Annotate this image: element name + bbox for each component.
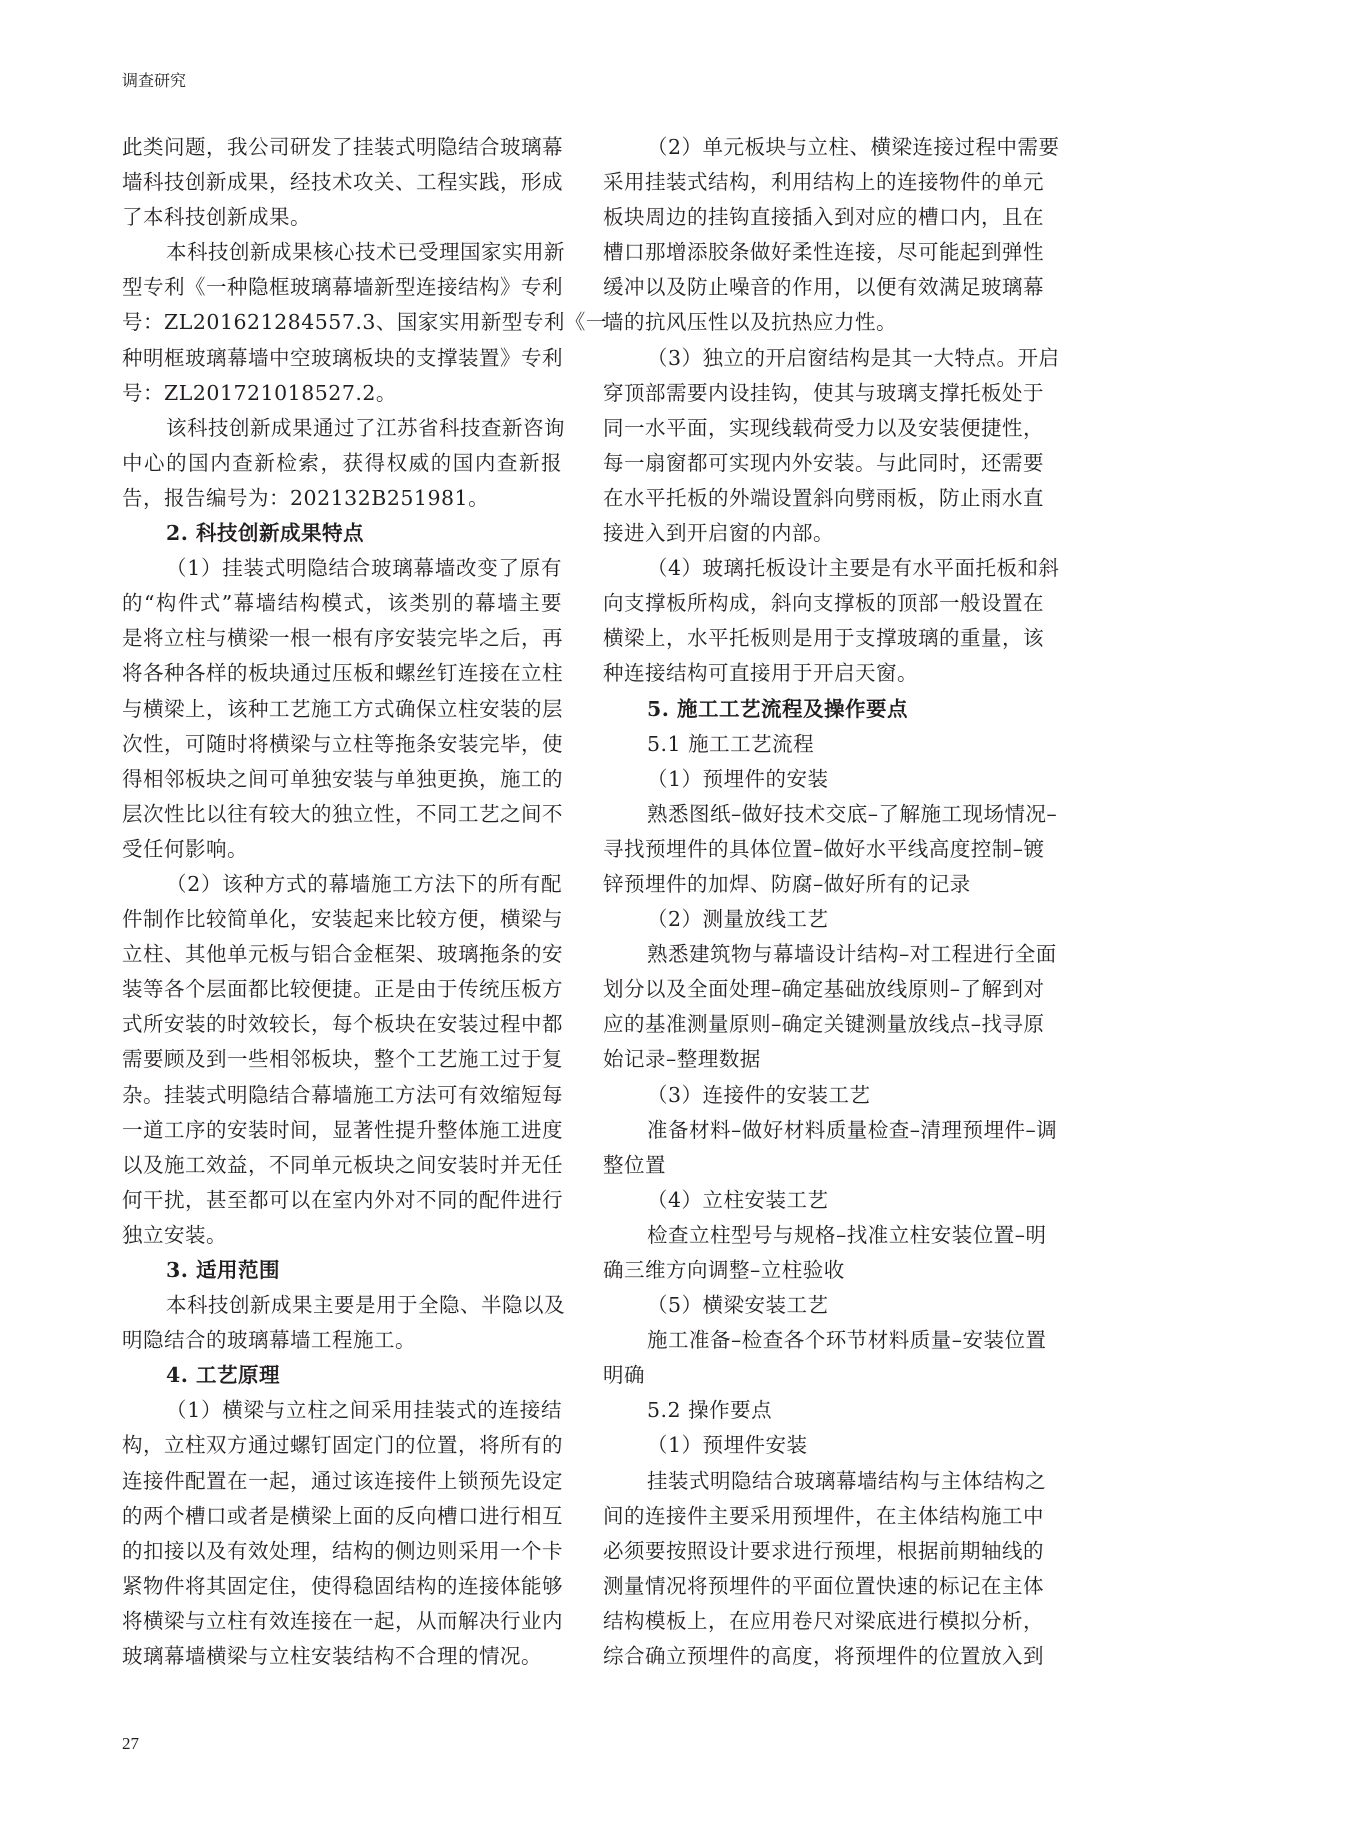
paragraph: 熟悉建筑物与幕墙设计结构–对工程进行全面划分以及全面处理–确定基础放线原则–了解… — [603, 937, 1043, 1077]
text-line: （3）独立的开启窗结构是其一大特点。开启 — [603, 341, 1043, 376]
text-line: （3）连接件的安装工艺 — [603, 1078, 1043, 1113]
text-line: 3. 适用范围 — [122, 1253, 562, 1288]
paragraph: 本科技创新成果主要是用于全隐、半隐以及明隐结合的玻璃幕墙工程施工。 — [122, 1288, 562, 1358]
text-line: 墙科技创新成果，经技术攻关、工程实践，形成 — [122, 165, 562, 200]
text-line: 是将立柱与横梁一根一根有序安装完毕之后，再 — [122, 621, 562, 656]
text-line: （4）玻璃托板设计主要是有水平面托板和斜 — [603, 551, 1043, 586]
paragraph: 准备材料–做好材料质量检查–清理预埋件–调整位置 — [603, 1113, 1043, 1183]
text-line: 接进入到开启窗的内部。 — [603, 516, 1043, 551]
text-line: 测量情况将预埋件的平面位置快速的标记在主体 — [603, 1569, 1043, 1604]
paragraph: 施工准备–检查各个环节材料质量–安装位置明确 — [603, 1323, 1043, 1393]
text-line: 墙的抗风压性以及抗热应力性。 — [603, 305, 1043, 340]
text-line: 以及施工效益，不同单元板块之间安装时并无任 — [122, 1148, 562, 1183]
text-line: 的扣接以及有效处理，结构的侧边则采用一个卡 — [122, 1534, 562, 1569]
left-column: 此类问题，我公司研发了挂装式明隐结合玻璃幕墙科技创新成果，经技术攻关、工程实践，… — [122, 130, 562, 1674]
text-line: 该科技创新成果通过了江苏省科技查新咨询 — [122, 411, 562, 446]
text-line: 明隐结合的玻璃幕墙工程施工。 — [122, 1323, 562, 1358]
paragraph: （2）测量放线工艺 — [603, 902, 1043, 937]
text-line: 号：ZL201621284557.3、国家实用新型专利《一 — [122, 305, 562, 340]
text-line: （1）预埋件安装 — [603, 1428, 1043, 1463]
paragraph: （2）该种方式的幕墙施工方法下的所有配件制作比较简单化，安装起来比较方便，横梁与… — [122, 867, 562, 1253]
text-line: 4. 工艺原理 — [122, 1358, 562, 1393]
paragraph: （1）预埋件的安装 — [603, 762, 1043, 797]
text-line: 2. 科技创新成果特点 — [122, 516, 562, 551]
text-line: 结构模板上，在应用卷尺对梁底进行模拟分析， — [603, 1604, 1043, 1639]
paragraph: （1）横梁与立柱之间采用挂装式的连接结构，立柱双方通过螺钉固定门的位置，将所有的… — [122, 1393, 562, 1674]
text-line: 式所安装的时效较长，每个板块在安装过程中都 — [122, 1007, 562, 1042]
text-line: 明确 — [603, 1358, 1043, 1393]
paragraph: 熟悉图纸–做好技术交底–了解施工现场情况–寻找预埋件的具体位置–做好水平线高度控… — [603, 797, 1043, 902]
text-line: 与横梁上，该种工艺施工方式确保立柱安装的层 — [122, 692, 562, 727]
text-line: 应的基准测量原则–确定关键测量放线点–找寻原 — [603, 1007, 1043, 1042]
text-line: 本科技创新成果主要是用于全隐、半隐以及 — [122, 1288, 562, 1323]
text-line: 种明框玻璃幕墙中空玻璃板块的支撑装置》专利 — [122, 341, 562, 376]
section-heading: 4. 工艺原理 — [122, 1358, 562, 1393]
text-line: （1）预埋件的安装 — [603, 762, 1043, 797]
text-line: 的两个槽口或者是横梁上面的反向槽口进行相互 — [122, 1499, 562, 1534]
text-line: 次性，可随时将横梁与立柱等拖条安装完毕，使 — [122, 727, 562, 762]
text-line: 穿顶部需要内设挂钩，使其与玻璃支撑托板处于 — [603, 376, 1043, 411]
text-line: 此类问题，我公司研发了挂装式明隐结合玻璃幕 — [122, 130, 562, 165]
text-line: 种连接结构可直接用于开启天窗。 — [603, 656, 1043, 691]
text-line: 始记录–整理数据 — [603, 1042, 1043, 1077]
text-line: 连接件配置在一起，通过该连接件上锁预先设定 — [122, 1464, 562, 1499]
right-column: （2）单元板块与立柱、横梁连接过程中需要采用挂装式结构，利用结构上的连接物件的单… — [603, 130, 1043, 1674]
text-line: （1）挂装式明隐结合玻璃幕墙改变了原有 — [122, 551, 562, 586]
text-line: 锌预埋件的加焊、防腐–做好所有的记录 — [603, 867, 1043, 902]
section-heading: 3. 适用范围 — [122, 1253, 562, 1288]
text-line: 在水平托板的外端设置斜向劈雨板，防止雨水直 — [603, 481, 1043, 516]
paragraph: （1）预埋件安装 — [603, 1428, 1043, 1463]
text-line: 施工准备–检查各个环节材料质量–安装位置 — [603, 1323, 1043, 1358]
text-line: 中心的国内查新检索，获得权威的国内查新报 — [122, 446, 562, 481]
text-line: 需要顾及到一些相邻板块，整个工艺施工过于复 — [122, 1042, 562, 1077]
text-line: 熟悉建筑物与幕墙设计结构–对工程进行全面 — [603, 937, 1043, 972]
text-line: 准备材料–做好材料质量检查–清理预埋件–调 — [603, 1113, 1043, 1148]
paragraph: 本科技创新成果核心技术已受理国家实用新型专利《一种隐框玻璃幕墙新型连接结构》专利… — [122, 235, 562, 410]
text-line: 杂。挂装式明隐结合幕墙施工方法可有效缩短每 — [122, 1078, 562, 1113]
page-number: 27 — [122, 1734, 139, 1754]
text-line: 熟悉图纸–做好技术交底–了解施工现场情况– — [603, 797, 1043, 832]
text-line: 立柱、其他单元板与铝合金框架、玻璃拖条的安 — [122, 937, 562, 972]
paragraph: （4）玻璃托板设计主要是有水平面托板和斜向支撑板所构成，斜向支撑板的顶部一般设置… — [603, 551, 1043, 691]
paragraph: （5）横梁安装工艺 — [603, 1288, 1043, 1323]
paragraph: 此类问题，我公司研发了挂装式明隐结合玻璃幕墙科技创新成果，经技术攻关、工程实践，… — [122, 130, 562, 235]
text-line: 受任何影响。 — [122, 832, 562, 867]
text-line: 确三维方向调整–立柱验收 — [603, 1253, 1043, 1288]
paragraph: （3）连接件的安装工艺 — [603, 1078, 1043, 1113]
text-line: 型专利《一种隐框玻璃幕墙新型连接结构》专利 — [122, 270, 562, 305]
running-head: 调查研究 — [122, 68, 186, 91]
text-line: 综合确立预埋件的高度，将预埋件的位置放入到 — [603, 1639, 1043, 1674]
text-line: 槽口那增添胶条做好柔性连接，尽可能起到弹性 — [603, 235, 1043, 270]
text-line: （2）该种方式的幕墙施工方法下的所有配 — [122, 867, 562, 902]
text-line: 了本科技创新成果。 — [122, 200, 562, 235]
text-line: 何干扰，甚至都可以在室内外对不同的配件进行 — [122, 1183, 562, 1218]
text-line: 得相邻板块之间可单独安装与单独更换，施工的 — [122, 762, 562, 797]
text-line: 5.2 操作要点 — [603, 1393, 1043, 1428]
text-line: 5. 施工工艺流程及操作要点 — [603, 692, 1043, 727]
text-line: 一道工序的安装时间，显著性提升整体施工进度 — [122, 1113, 562, 1148]
text-line: 本科技创新成果核心技术已受理国家实用新 — [122, 235, 562, 270]
text-line: 将各种各样的板块通过压板和螺丝钉连接在立柱 — [122, 656, 562, 691]
section-heading: 2. 科技创新成果特点 — [122, 516, 562, 551]
text-line: 板块周边的挂钩直接插入到对应的槽口内，且在 — [603, 200, 1043, 235]
text-line: 层次性比以往有较大的独立性，不同工艺之间不 — [122, 797, 562, 832]
text-line: （1）横梁与立柱之间采用挂装式的连接结 — [122, 1393, 562, 1428]
text-line: 将横梁与立柱有效连接在一起，从而解决行业内 — [122, 1604, 562, 1639]
text-line: 寻找预埋件的具体位置–做好水平线高度控制–镀 — [603, 832, 1043, 867]
text-line: （2）单元板块与立柱、横梁连接过程中需要 — [603, 130, 1043, 165]
text-line: 玻璃幕墙横梁与立柱安装结构不合理的情况。 — [122, 1639, 562, 1674]
text-line: 挂装式明隐结合玻璃幕墙结构与主体结构之 — [603, 1464, 1043, 1499]
text-line: 横梁上，水平托板则是用于支撑玻璃的重量，该 — [603, 621, 1043, 656]
text-line: 件制作比较简单化，安装起来比较方便，横梁与 — [122, 902, 562, 937]
text-line: 缓冲以及防止噪音的作用，以便有效满足玻璃幕 — [603, 270, 1043, 305]
text-line: 的“构件式”幕墙结构模式，该类别的幕墙主要 — [122, 586, 562, 621]
paragraph: 检查立柱型号与规格–找准立柱安装位置–明确三维方向调整–立柱验收 — [603, 1218, 1043, 1288]
text-line: 整位置 — [603, 1148, 1043, 1183]
paragraph: （4）立柱安装工艺 — [603, 1183, 1043, 1218]
text-line: 同一水平面，实现线载荷受力以及安装便捷性， — [603, 411, 1043, 446]
text-line: 紧物件将其固定住，使得稳固结构的连接体能够 — [122, 1569, 562, 1604]
section-heading: 5. 施工工艺流程及操作要点 — [603, 692, 1043, 727]
text-line: 每一扇窗都可实现内外安装。与此同时，还需要 — [603, 446, 1043, 481]
text-line: 必须要按照设计要求进行预埋，根据前期轴线的 — [603, 1534, 1043, 1569]
text-line: （4）立柱安装工艺 — [603, 1183, 1043, 1218]
paragraph: 挂装式明隐结合玻璃幕墙结构与主体结构之间的连接件主要采用预埋件，在主体结构施工中… — [603, 1464, 1043, 1675]
paragraph: 5.1 施工工艺流程 — [603, 727, 1043, 762]
paragraph: （3）独立的开启窗结构是其一大特点。开启穿顶部需要内设挂钩，使其与玻璃支撑托板处… — [603, 341, 1043, 552]
text-line: 检查立柱型号与规格–找准立柱安装位置–明 — [603, 1218, 1043, 1253]
paragraph: 该科技创新成果通过了江苏省科技查新咨询中心的国内查新检索，获得权威的国内查新报告… — [122, 411, 562, 516]
text-line: 间的连接件主要采用预埋件，在主体结构施工中 — [603, 1499, 1043, 1534]
text-line: 向支撑板所构成，斜向支撑板的顶部一般设置在 — [603, 586, 1043, 621]
text-line: 划分以及全面处理–确定基础放线原则–了解到对 — [603, 972, 1043, 1007]
text-line: 构，立柱双方通过螺钉固定门的位置，将所有的 — [122, 1428, 562, 1463]
text-line: 号：ZL201721018527.2。 — [122, 376, 562, 411]
text-line: （5）横梁安装工艺 — [603, 1288, 1043, 1323]
text-line: 告，报告编号为：202132B251981。 — [122, 481, 562, 516]
paragraph: （1）挂装式明隐结合玻璃幕墙改变了原有的“构件式”幕墙结构模式，该类别的幕墙主要… — [122, 551, 562, 867]
text-line: 5.1 施工工艺流程 — [603, 727, 1043, 762]
text-line: 采用挂装式结构，利用结构上的连接物件的单元 — [603, 165, 1043, 200]
text-line: 装等各个层面都比较便捷。正是由于传统压板方 — [122, 972, 562, 1007]
paragraph: 5.2 操作要点 — [603, 1393, 1043, 1428]
text-line: 独立安装。 — [122, 1218, 562, 1253]
paragraph: （2）单元板块与立柱、横梁连接过程中需要采用挂装式结构，利用结构上的连接物件的单… — [603, 130, 1043, 341]
text-line: （2）测量放线工艺 — [603, 902, 1043, 937]
